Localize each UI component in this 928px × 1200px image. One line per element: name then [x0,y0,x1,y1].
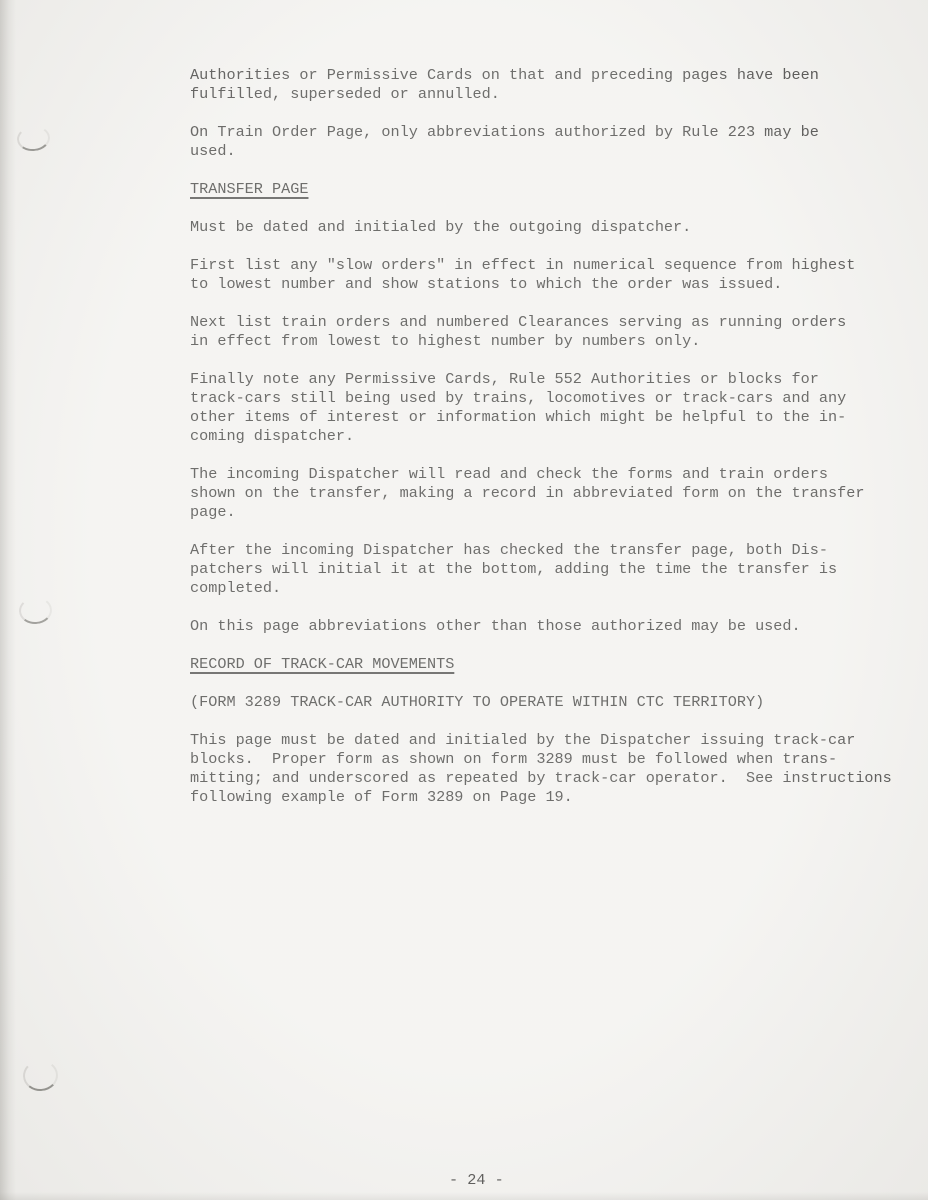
binder-hole-shadow-icon [18,596,53,625]
paragraph-form-3289-instructions: This page must be dated and initialed by… [190,731,912,807]
scan-edge-shadow-bottom [0,1192,928,1200]
page-number: - 24 - [449,1171,504,1190]
paragraph-first-list-slow-orders: First list any "slow orders" in effect i… [190,256,912,294]
paragraph-finally-note-cards: Finally note any Permissive Cards, Rule … [190,370,912,446]
binder-hole-shadow-icon [22,1059,59,1092]
paragraph-after-checked-transfer: After the incoming Dispatcher has checke… [190,541,912,598]
document-body: Authorities or Permissive Cards on that … [190,66,912,826]
paragraph-form-3289-title: (FORM 3289 TRACK-CAR AUTHORITY TO OPERAT… [190,693,912,712]
scan-edge-shadow-left [0,0,16,1200]
paragraph-train-order-page: On Train Order Page, only abbreviations … [190,123,912,161]
paragraph-next-list-train-orders: Next list train orders and numbered Clea… [190,313,912,351]
section-heading-record-track-car: RECORD OF TRACK-CAR MOVEMENTS [190,655,912,674]
paragraph-must-be-dated: Must be dated and initialed by the outgo… [190,218,912,237]
paragraph-incoming-dispatcher: The incoming Dispatcher will read and ch… [190,465,912,522]
binder-hole-shadow-icon [16,124,51,152]
section-heading-transfer-page: TRANSFER PAGE [190,180,912,199]
paragraph-abbreviations-allowed: On this page abbreviations other than th… [190,617,912,636]
scanned-document-page: Authorities or Permissive Cards on that … [0,0,928,1200]
paragraph-authorities-fulfilled: Authorities or Permissive Cards on that … [190,66,912,104]
